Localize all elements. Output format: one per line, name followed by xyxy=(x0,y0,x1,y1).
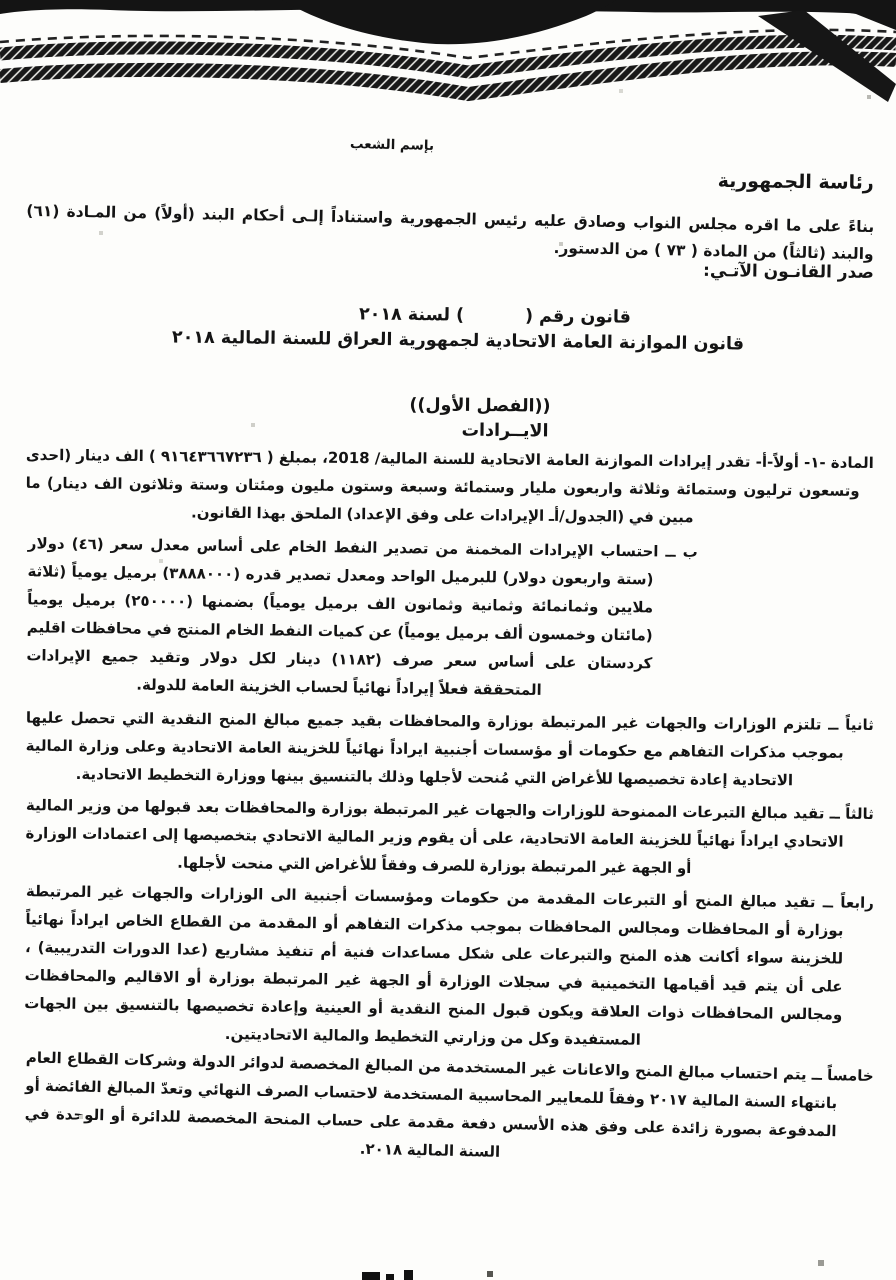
authority-heading: رئاسة الجمهورية xyxy=(26,158,874,196)
fifth-text: يتم احتساب مبالغ المنح والاعانات غير الم… xyxy=(24,1048,837,1160)
scan-noise-specks xyxy=(0,0,2,2)
article-1-item-b: ب ــ احتساب الإيرادات المخمنة من تصدير ا… xyxy=(26,529,698,706)
fifth-label: خامساً ــ xyxy=(812,1066,874,1085)
article-1-second: ثانياً ــ تلتزم الوزارات والجهات غير الم… xyxy=(25,704,874,795)
third-label: ثالثاً ــ xyxy=(830,805,874,823)
second-text: تلتزم الوزارات والجهات غير المرتبطة بوزا… xyxy=(26,709,844,790)
ornamental-top-border xyxy=(0,0,896,112)
article-1-label: المادة -١- أولاً-أ- xyxy=(756,453,874,472)
second-label: ثانياً ــ xyxy=(828,716,874,734)
article-1-text: تقدر إيرادات الموازنة العامة الاتحادية ل… xyxy=(26,446,860,526)
scanned-document-page: بإسم الشعب رئاسة الجمهورية بناءً على ما … xyxy=(0,0,896,1280)
third-text: تقيد مبالغ التبرعات الممنوحة للوزارات وا… xyxy=(26,796,844,877)
document-body: بإسم الشعب رئاسة الجمهورية بناءً على ما … xyxy=(26,136,874,1174)
article-1-fourth: رابعاً ــ تقيد مبالغ المنح أو التبرعات ا… xyxy=(24,877,874,1057)
article-1-first-a: المادة -١- أولاً-أ- تقدر إيرادات الموازن… xyxy=(25,441,874,533)
fourth-label: رابعاً ــ xyxy=(823,893,874,912)
basmala-line: بإسم الشعب xyxy=(0,126,816,163)
item-b-text: احتساب الإيرادات المخمنة من تصدير النفط … xyxy=(26,534,658,699)
fourth-text: تقيد مبالغ المنح أو التبرعات المقدمة من … xyxy=(24,882,843,1049)
item-b-label: ب ــ xyxy=(665,543,698,561)
article-1-fifth: خامساً ــ يتم احتساب مبالغ المنح والاعان… xyxy=(24,1044,874,1174)
top-border-ornament-center xyxy=(282,0,616,44)
article-1-third: ثالثاً ــ تقيد مبالغ التبرعات الممنوحة ل… xyxy=(25,791,874,884)
bottom-edge-cutoff-marks xyxy=(352,1268,532,1280)
